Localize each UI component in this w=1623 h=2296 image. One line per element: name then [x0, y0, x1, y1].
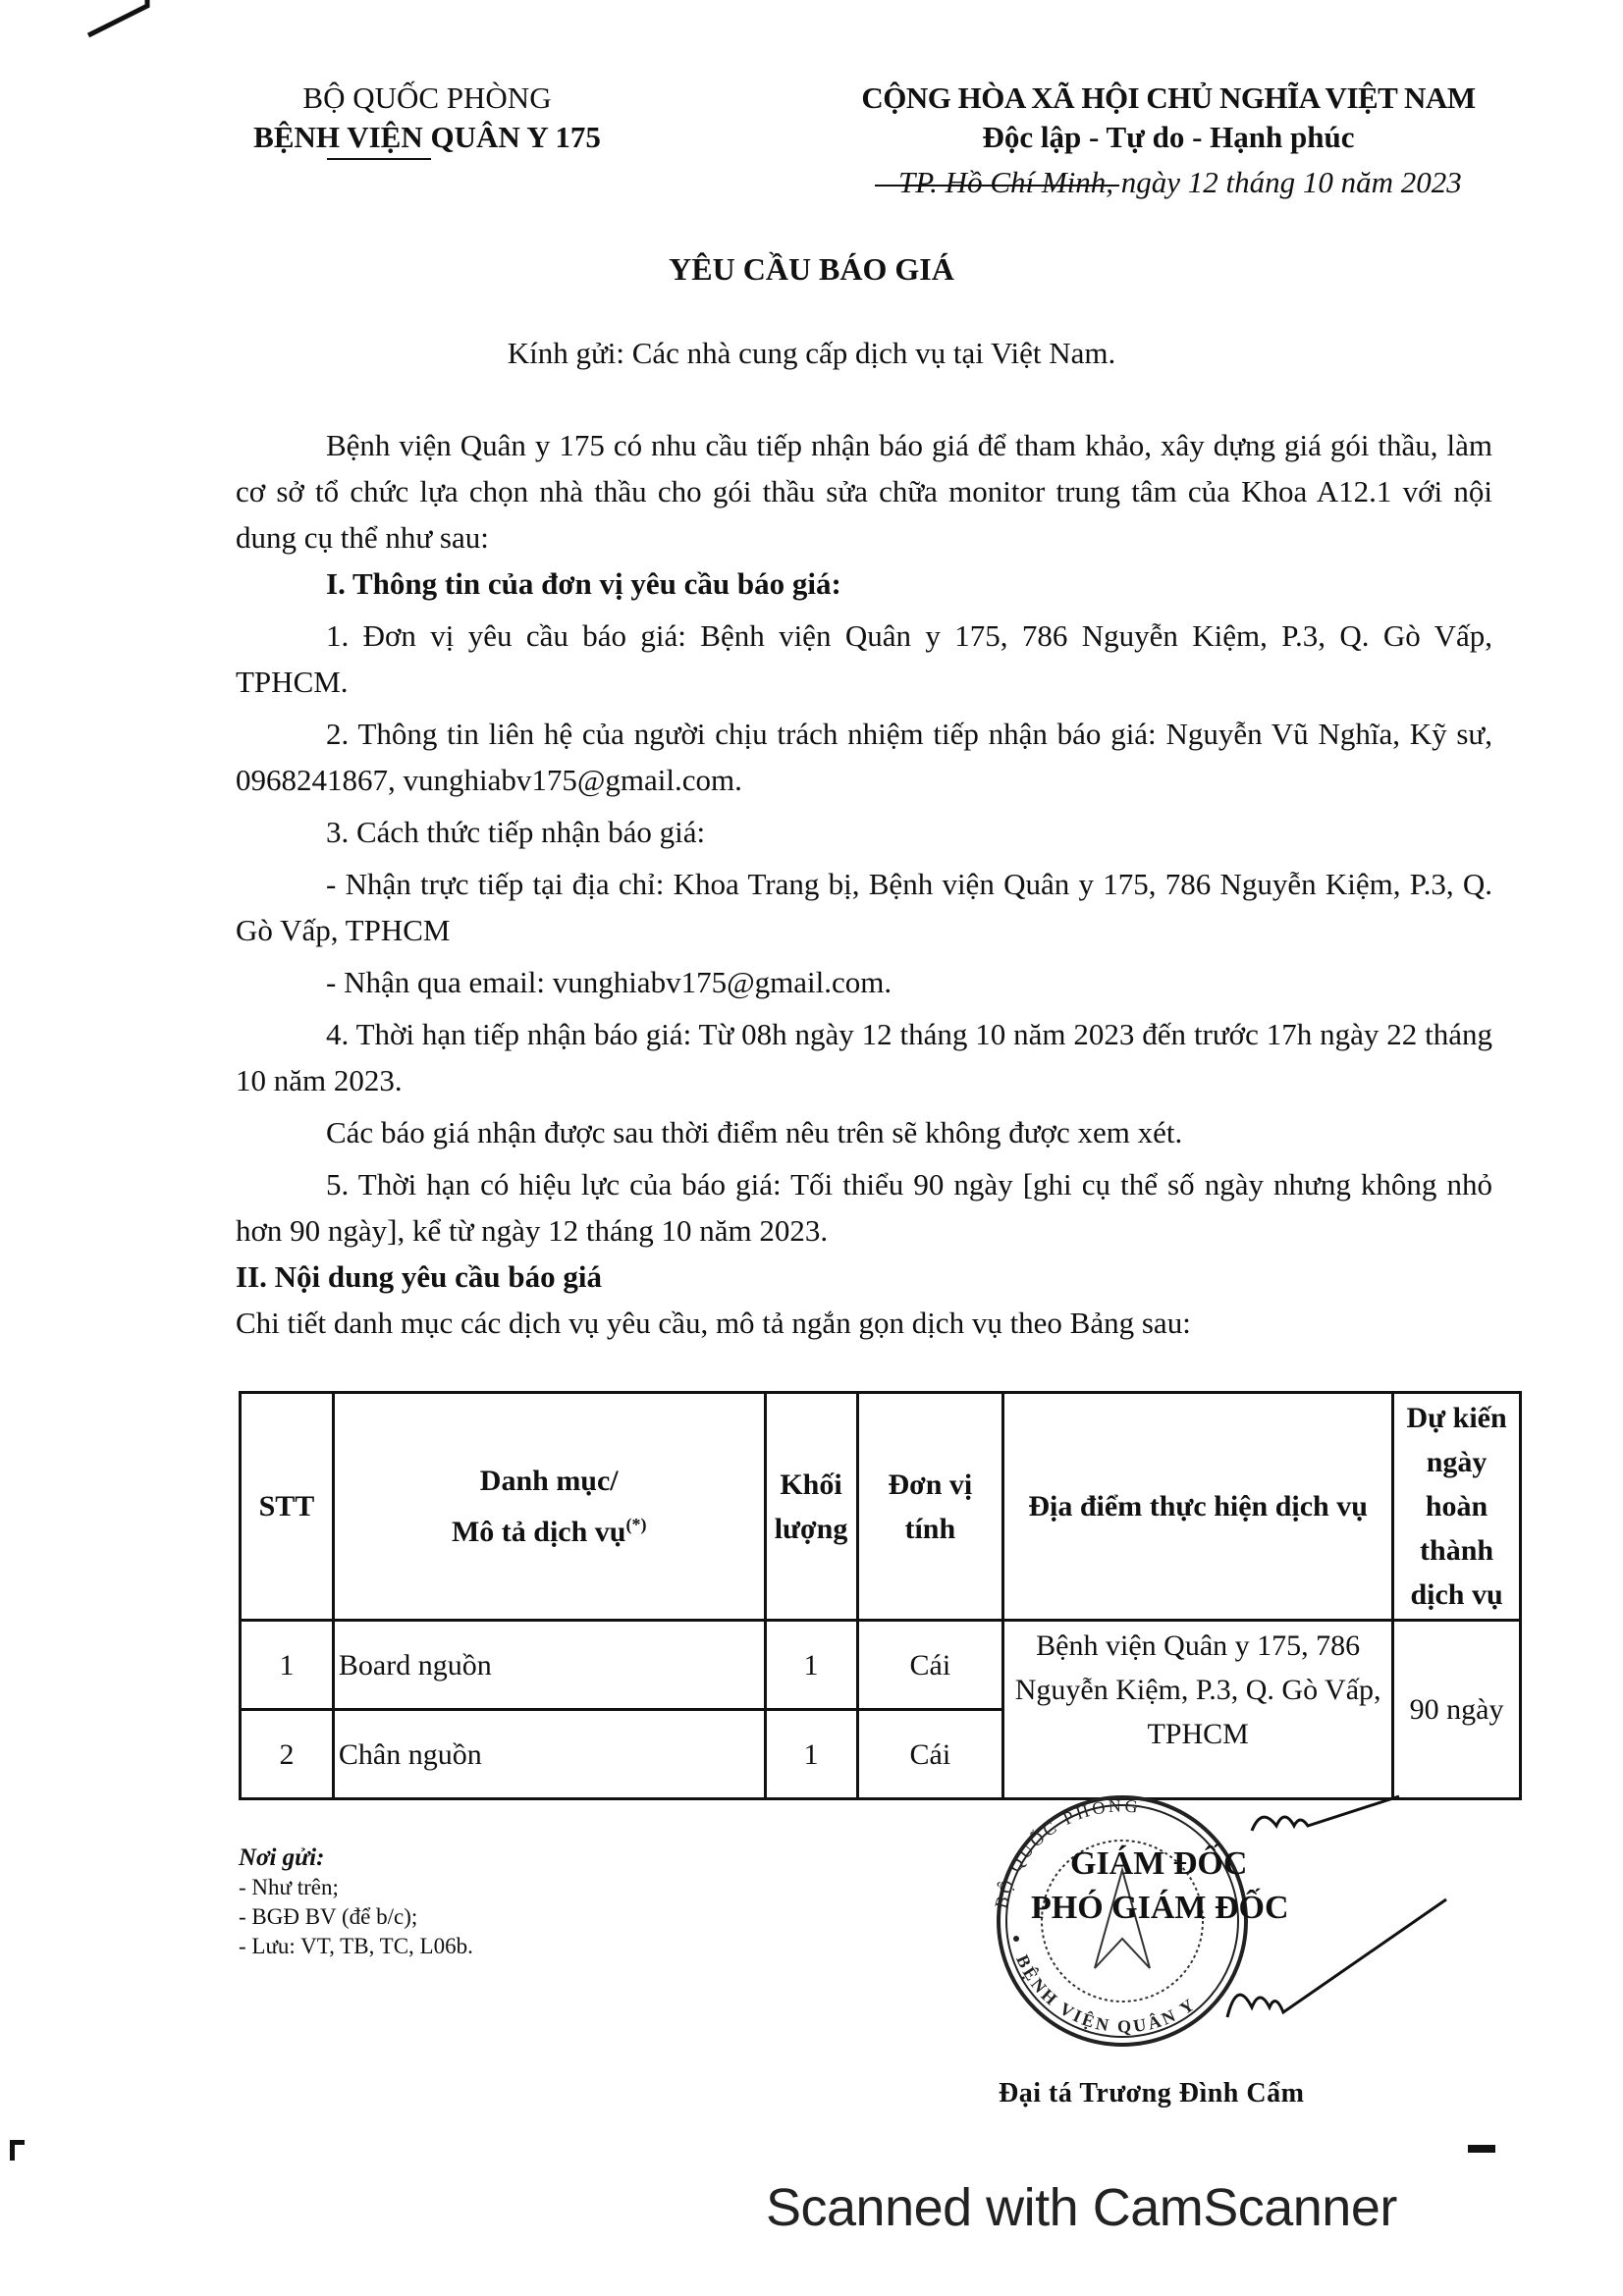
- motto-underline: [875, 185, 1119, 187]
- national-motto: Độc lập - Tự do - Hạnh phúc: [795, 118, 1542, 157]
- col-header-item: Danh mục/ Mô tả dịch vụ(*): [333, 1393, 765, 1621]
- document-title: YÊU CẦU BÁO GIÁ: [0, 251, 1623, 288]
- section-1-item-3b: - Nhận qua email: vunghiabv175@gmail.com…: [236, 959, 1492, 1005]
- cell-qty: 1: [765, 1621, 857, 1710]
- official-stamp-icon: BỘ QUỐC PHÒNG BỆNH VIỆN QUÂN Y: [977, 1791, 1566, 2115]
- document-body: Bệnh viện Quân y 175 có nhu cầu tiếp nhậ…: [236, 422, 1492, 1346]
- section-1-item-2: 2. Thông tin liên hệ của người chịu trác…: [236, 711, 1492, 803]
- organization-name: BỆNH VIỆN QUÂN Y 175: [206, 118, 648, 157]
- col-header-location: Địa điểm thực hiện dịch vụ: [1003, 1393, 1393, 1621]
- col-header-qty: Khối lượng: [765, 1393, 857, 1621]
- signature-block: BỘ QUỐC PHÒNG BỆNH VIỆN QUÂN Y GIÁM ĐỐC …: [977, 1791, 1566, 2115]
- ministry-name: BỘ QUỐC PHÒNG: [206, 79, 648, 118]
- signer-name: Đại tá Trương Đình Cẩm: [999, 2078, 1304, 2109]
- issuer-header: BỘ QUỐC PHÒNG BỆNH VIỆN QUÂN Y 175: [206, 79, 648, 157]
- section-2-lead: Chi tiết danh mục các dịch vụ yêu cầu, m…: [236, 1300, 1492, 1346]
- cell-item: Chân nguồn: [333, 1710, 765, 1799]
- table-header-row: STT Danh mục/ Mô tả dịch vụ(*) Khối lượn…: [241, 1393, 1521, 1621]
- scan-corner-mark-icon: [86, 0, 155, 39]
- cell-unit: Cái: [857, 1710, 1003, 1799]
- recipient-item: - Lưu: VT, TB, TC, L06b.: [239, 1932, 473, 1961]
- table-row: 1 Board nguồn 1 Cái Bệnh viện Quân y 175…: [241, 1621, 1521, 1710]
- col-header-item-line2: Mô tả dịch vụ: [452, 1516, 626, 1548]
- cell-qty: 1: [765, 1710, 857, 1799]
- col-header-item-line1: Danh mục/: [480, 1465, 619, 1497]
- signer-title: PHÓ GIÁM ĐỐC: [1031, 1890, 1289, 1927]
- cell-stt: 2: [241, 1710, 334, 1799]
- service-table: STT Danh mục/ Mô tả dịch vụ(*) Khối lượn…: [239, 1391, 1522, 1800]
- recipient-item: - BGĐ BV (để b/c);: [239, 1902, 473, 1932]
- place-date: TP. Hồ Chí Minh, ngày 12 tháng 10 năm 20…: [795, 157, 1542, 208]
- section-1-item-4: 4. Thời hạn tiếp nhận báo giá: Từ 08h ng…: [236, 1011, 1492, 1103]
- greeting: Kính gửi: Các nhà cung cấp dịch vụ tại V…: [0, 336, 1623, 371]
- footnote-marker: (*): [625, 1515, 646, 1534]
- scan-corner-mark-icon: [1468, 2145, 1495, 2153]
- recipients-block: Nơi gửi: - Như trên; - BGĐ BV (để b/c); …: [239, 1843, 473, 1961]
- col-header-stt: STT: [241, 1393, 334, 1621]
- section-1-note: Các báo giá nhận được sau thời điểm nêu …: [236, 1109, 1492, 1155]
- section-1-item-3a: - Nhận trực tiếp tại địa chỉ: Khoa Trang…: [236, 861, 1492, 953]
- signer-title-struck: GIÁM ĐỐC: [1070, 1845, 1247, 1883]
- country-name: CỘNG HÒA XÃ HỘI CHỦ NGHĨA VIỆT NAM: [795, 79, 1542, 118]
- cell-duration: 90 ngày: [1393, 1621, 1521, 1799]
- col-header-duration: Dự kiến ngày hoàn thành dịch vụ: [1393, 1393, 1521, 1621]
- section-1-item-3: 3. Cách thức tiếp nhận báo giá:: [236, 809, 1492, 855]
- cell-stt: 1: [241, 1621, 334, 1710]
- scan-corner-mark-icon: [10, 2140, 25, 2161]
- cell-item: Board nguồn: [333, 1621, 765, 1710]
- recipient-item: - Như trên;: [239, 1873, 473, 1902]
- scanner-watermark: Scanned with CamScanner: [766, 2177, 1397, 2238]
- col-header-unit: Đơn vị tính: [857, 1393, 1003, 1621]
- cell-unit: Cái: [857, 1621, 1003, 1710]
- organization-underline: [327, 158, 431, 160]
- section-2-heading: II. Nội dung yêu cầu báo giá: [236, 1254, 1492, 1300]
- intro-paragraph: Bệnh viện Quân y 175 có nhu cầu tiếp nhậ…: [236, 422, 1492, 561]
- recipients-heading: Nơi gửi:: [239, 1843, 473, 1873]
- national-header: CỘNG HÒA XÃ HỘI CHỦ NGHĨA VIỆT NAM Độc l…: [795, 79, 1542, 208]
- section-1-heading: I. Thông tin của đơn vị yêu cầu báo giá:: [236, 561, 1492, 607]
- cell-location: Bệnh viện Quân y 175, 786 Nguyễn Kiệm, P…: [1003, 1621, 1393, 1799]
- svg-text:BỆNH VIỆN QUÂN Y: BỆNH VIỆN QUÂN Y: [1012, 1951, 1200, 2036]
- section-1-item-5: 5. Thời hạn có hiệu lực của báo giá: Tối…: [236, 1161, 1492, 1254]
- section-1-item-1: 1. Đơn vị yêu cầu báo giá: Bệnh viện Quâ…: [236, 613, 1492, 705]
